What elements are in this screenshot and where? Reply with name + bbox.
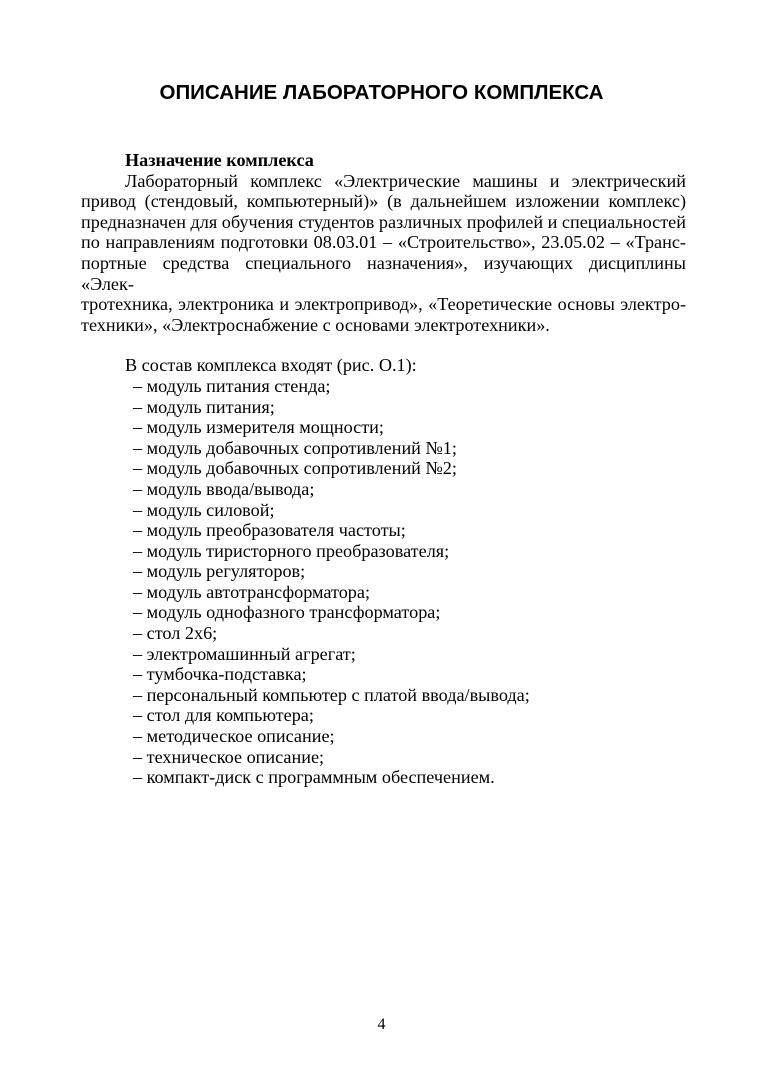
paragraph-line: портные средства специального назначения… (81, 253, 686, 294)
document-body: Назначение комплекса Лабораторный компле… (81, 150, 686, 788)
list-item: – персональный компьютер с платой ввода/… (133, 685, 686, 706)
list-item: – модуль ввода/вывода; (133, 479, 686, 500)
paragraph-line: привод (стендовый, компьютерный)» (в дал… (81, 191, 686, 212)
paragraph-line: тротехника, электроника и электропривод»… (81, 294, 686, 315)
composition-intro: В состав комплекса входят (рис. О.1): (81, 355, 686, 376)
list-item: – модуль питания стенда; (133, 376, 686, 397)
list-item: – техническое описание; (133, 747, 686, 768)
list-item: – модуль добавочных сопротивлений №1; (133, 438, 686, 459)
list-item: – модуль преобразователя частоты; (133, 520, 686, 541)
paragraph-line: техники», «Электроснабжение с основами э… (81, 315, 686, 336)
paragraph-line: Лабораторный комплекс «Электрические маш… (81, 171, 686, 192)
section-heading: Назначение комплекса (81, 150, 686, 171)
list-item: – модуль измерителя мощности; (133, 417, 686, 438)
list-item: – модуль добавочных сопротивлений №2; (133, 458, 686, 479)
list-item: – компакт-диск с программным обеспечение… (133, 767, 686, 788)
list-item: – электромашинный агрегат; (133, 644, 686, 665)
page-number: 4 (0, 1015, 763, 1035)
page-title: ОПИСАНИЕ ЛАБОРАТОРНОГО КОМПЛЕКСА (0, 80, 763, 106)
list-item: – методическое описание; (133, 726, 686, 747)
list-item: – модуль автотрансформатора; (133, 582, 686, 603)
purpose-paragraph: Лабораторный комплекс «Электрические маш… (81, 171, 686, 336)
list-item: – модуль однофазного трансформатора; (133, 602, 686, 623)
component-list: – модуль питания стенда; – модуль питани… (81, 376, 686, 788)
list-item: – модуль тиристорного преобразователя; (133, 541, 686, 562)
list-item: – тумбочка-подставка; (133, 664, 686, 685)
list-item: – стол для компьютера; (133, 705, 686, 726)
list-item: – модуль питания; (133, 397, 686, 418)
list-item: – стол 2х6; (133, 623, 686, 644)
paragraph-line: предназначен для обучения студентов разл… (81, 212, 686, 233)
list-item: – модуль силовой; (133, 500, 686, 521)
list-item: – модуль регуляторов; (133, 561, 686, 582)
paragraph-line: по направлениям подготовки 08.03.01 – «С… (81, 232, 686, 253)
